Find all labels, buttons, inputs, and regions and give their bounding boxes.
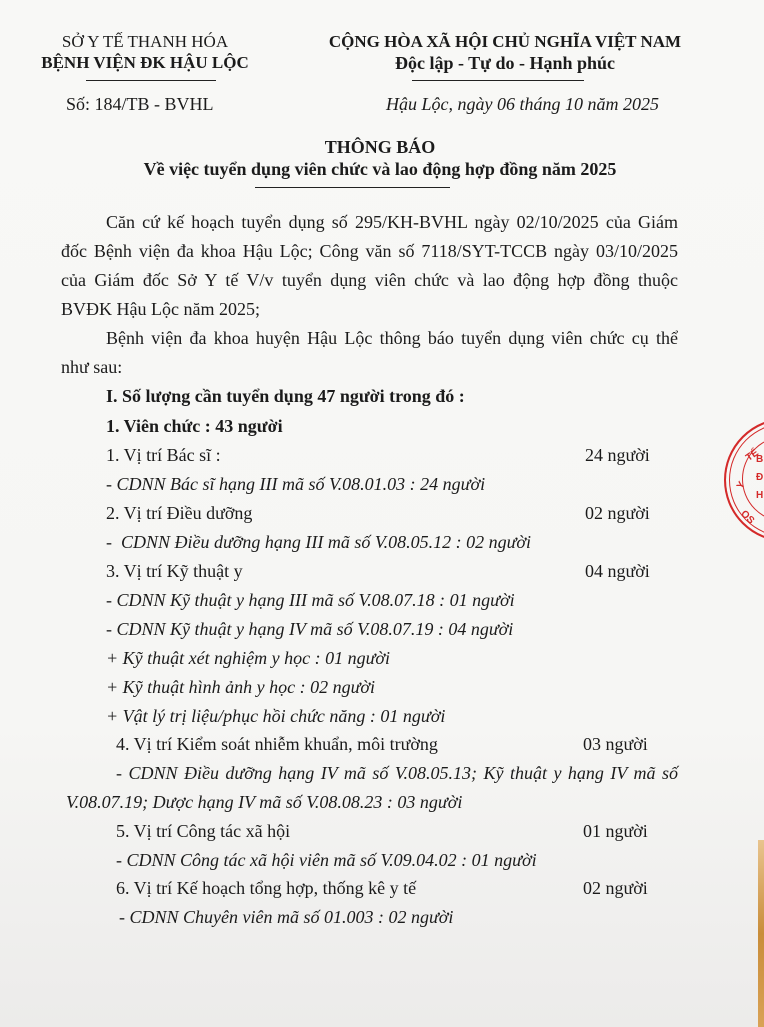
- para1-line-2: đốc Bệnh viện đa khoa Hậu Lộc; Công văn …: [61, 241, 678, 262]
- hospital-name: BỆNH VIỆN ĐK HẬU LỘC: [40, 53, 250, 73]
- title-rule: [255, 187, 450, 188]
- position-detail: + Kỹ thuật hình ảnh y học : 02 người: [106, 677, 375, 698]
- position-title: 5. Vị trí Công tác xã hội: [116, 821, 290, 842]
- position-quantity: 04 người: [585, 561, 650, 582]
- position-detail: - CDNN Điều dưỡng hạng III mã số V.08.05…: [106, 532, 531, 553]
- header-right-rule: [412, 80, 584, 81]
- para1-line-4: BVĐK Hậu Lộc năm 2025;: [61, 299, 260, 320]
- position-quantity: 01 người: [583, 821, 648, 842]
- position-detail: - CDNN Kỹ thuật y hạng III mã số V.08.07…: [106, 590, 515, 611]
- position-quantity: 02 người: [583, 878, 648, 899]
- document-page: SỞ Y TẾ THANH HÓA BỆNH VIỆN ĐK HẬU LỘC S…: [0, 0, 764, 1027]
- position-detail: - CDNN Kỹ thuật y hạng IV mã số V.08.07.…: [106, 619, 513, 640]
- document-number: Số: 184/TB - BVHL: [66, 94, 214, 115]
- stamp-text: OS: [738, 509, 756, 527]
- para2-line-1: Bệnh viện đa khoa huyện Hậu Lộc thông bá…: [106, 328, 678, 349]
- position-detail: - CDNN Bác sĩ hạng III mã số V.08.01.03 …: [106, 474, 485, 495]
- position-detail: - CDNN Công tác xã hội viên mã số V.09.0…: [116, 850, 537, 871]
- notice-title: THÔNG BÁO: [100, 137, 660, 158]
- position-title: 6. Vị trí Kế hoạch tổng hợp, thống kê y …: [116, 878, 416, 899]
- position-detail: - CDNN Điều dưỡng hạng IV mã số V.08.05.…: [116, 763, 678, 784]
- position-detail: + Vật lý trị liệu/phục hồi chức năng : 0…: [106, 706, 445, 727]
- position-detail: - CDNN Chuyên viên mã số 01.003 : 02 ngư…: [119, 907, 453, 928]
- position-title: 1. Vị trí Bác sĩ :: [106, 445, 221, 466]
- subsection-heading: 1. Viên chức : 43 người: [106, 416, 283, 437]
- position-title: 2. Vị trí Điều dưỡng: [106, 503, 252, 524]
- official-stamp: Y TẾ B Đ H OS: [724, 418, 764, 542]
- agency-name: SỞ Y TẾ THANH HÓA: [40, 32, 250, 52]
- para1-line-1: Căn cứ kế hoạch tuyển dụng số 295/KH-BVH…: [106, 212, 678, 233]
- para2-line-2: như sau:: [61, 357, 122, 378]
- para1-line-3: của Giám đốc Sở Y tế V/v tuyển dụng viên…: [61, 270, 678, 291]
- stamp-text: H: [756, 490, 763, 501]
- desk-edge: [758, 840, 764, 1027]
- position-quantity: 02 người: [585, 503, 650, 524]
- position-quantity: 24 người: [585, 445, 650, 466]
- national-motto: Độc lập - Tự do - Hạnh phúc: [300, 53, 710, 74]
- header-left-rule: [86, 80, 216, 81]
- position-title: 3. Vị trí Kỹ thuật y: [106, 561, 243, 582]
- position-quantity: 03 người: [583, 734, 648, 755]
- stamp-text: Đ: [756, 472, 763, 483]
- section-heading: I. Số lượng cần tuyển dụng 47 người tron…: [106, 386, 465, 407]
- position-detail: V.08.07.19; Dược hạng IV mã số V.08.08.2…: [66, 792, 462, 813]
- stamp-text: B: [756, 454, 763, 465]
- place-date: Hậu Lộc, ngày 06 tháng 10 năm 2025: [386, 94, 659, 115]
- notice-subtitle: Về việc tuyển dụng viên chức và lao động…: [100, 159, 660, 180]
- position-detail: + Kỹ thuật xét nghiệm y học : 01 người: [106, 648, 390, 669]
- nation-name: CỘNG HÒA XÃ HỘI CHỦ NGHĨA VIỆT NAM: [300, 32, 710, 52]
- position-title: 4. Vị trí Kiểm soát nhiễm khuẩn, môi trư…: [116, 734, 438, 755]
